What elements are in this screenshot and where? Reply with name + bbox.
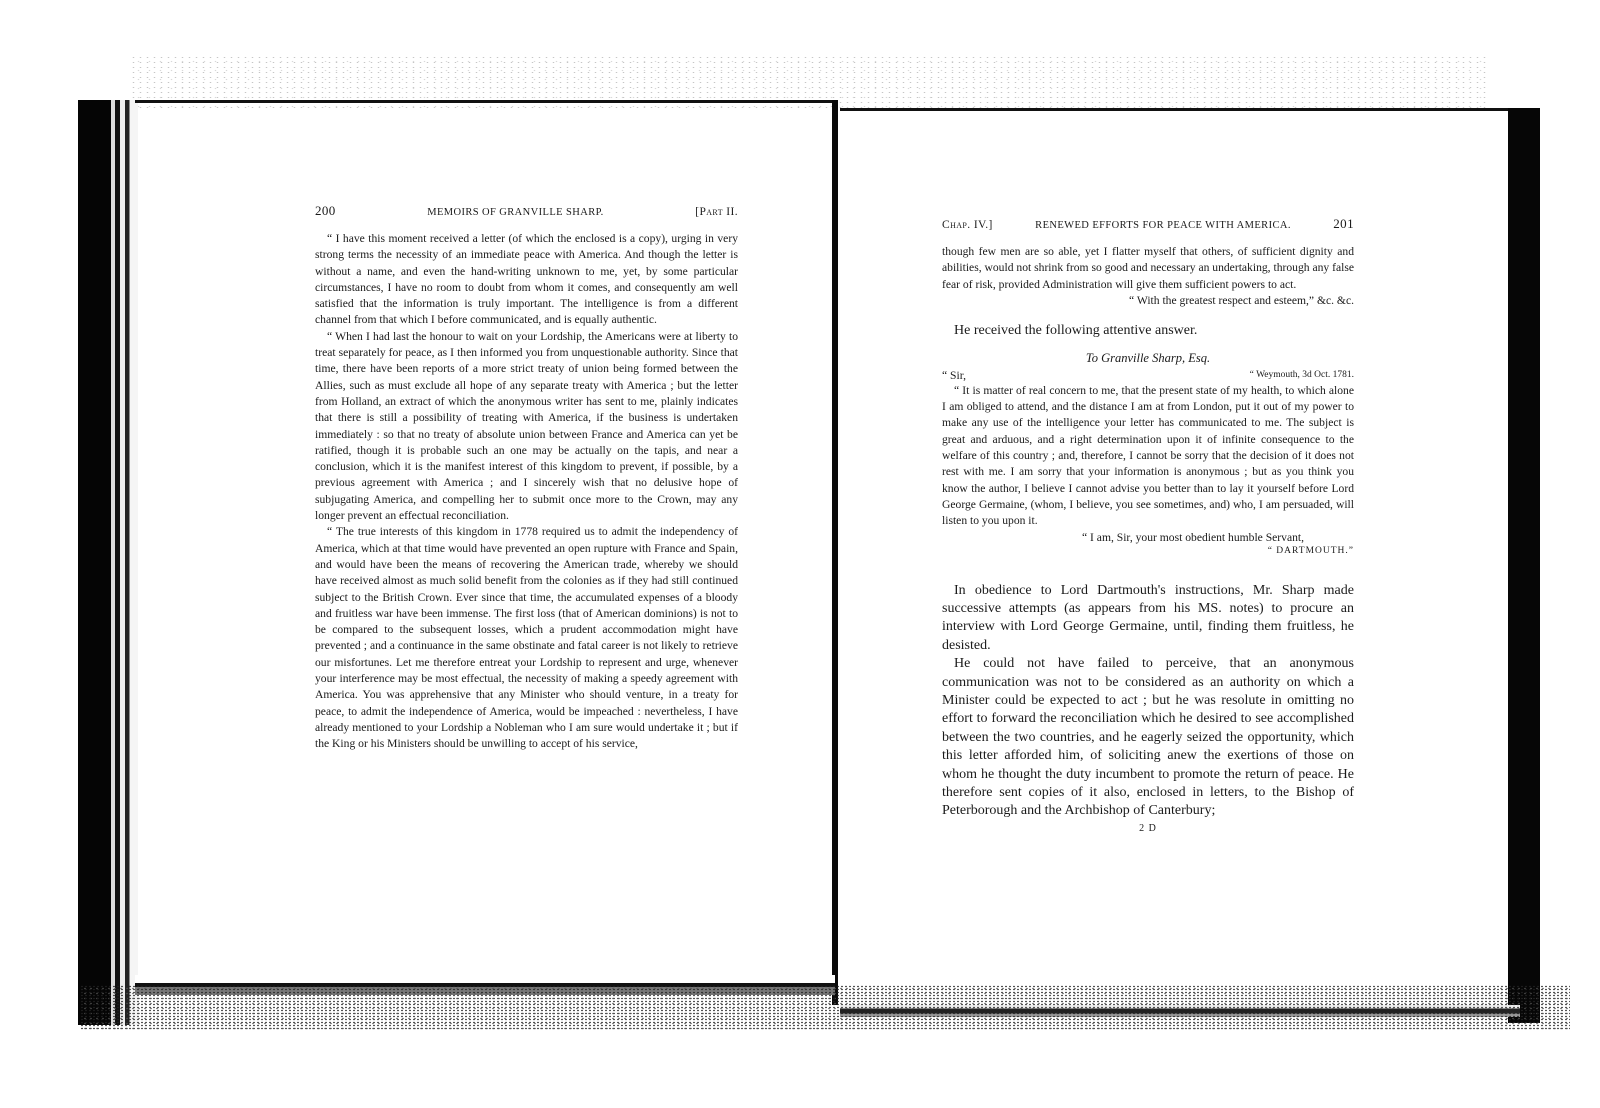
letter-signature: “ DARTMOUTH.” bbox=[942, 546, 1354, 556]
continuation-paragraph: though few men are so able, yet I flatte… bbox=[942, 244, 1354, 293]
letter-closing: “ I am, Sir, your most obedient humble S… bbox=[1082, 530, 1354, 546]
narrative-paragraph: He could not have failed to perceive, th… bbox=[942, 655, 1354, 821]
book-gutter bbox=[832, 100, 838, 1005]
right-running-head: Chap. IV.] RENEWED EFFORTS FOR PEACE WIT… bbox=[942, 216, 1354, 232]
left-page: 200 MEMOIRS OF GRANVILLE SHARP. [Part II… bbox=[315, 203, 738, 753]
paragraph: “ When I had last the honour to wait on … bbox=[315, 329, 738, 525]
letter-salutation: “ Sir, bbox=[942, 368, 966, 383]
narrative-paragraph: In obedience to Lord Dartmouth's instruc… bbox=[942, 582, 1354, 656]
running-title: MEMOIRS OF GRANVILLE SHARP. bbox=[427, 207, 604, 218]
right-page-top-edge bbox=[840, 108, 1520, 111]
intro-line: He received the following attentive answ… bbox=[954, 323, 1354, 339]
scan-noise-bottom bbox=[80, 985, 1570, 1030]
paragraph: “ The true interests of this kingdom in … bbox=[315, 524, 738, 752]
right-page: Chap. IV.] RENEWED EFFORTS FOR PEACE WIT… bbox=[942, 216, 1354, 834]
running-title: RENEWED EFFORTS FOR PEACE WITH AMERICA. bbox=[1035, 220, 1291, 231]
left-running-head: 200 MEMOIRS OF GRANVILLE SHARP. [Part II… bbox=[315, 203, 738, 219]
chapter-label: Chap. IV.] bbox=[942, 219, 993, 231]
continuation-closing: “ With the greatest respect and esteem,”… bbox=[942, 293, 1354, 309]
signature-mark: 2 D bbox=[942, 823, 1354, 834]
letter-salutation-row: “ Sir, “ Weymouth, 3d Oct. 1781. bbox=[942, 368, 1354, 383]
book-right-edge bbox=[1508, 108, 1540, 1023]
part-label: [Part II. bbox=[695, 206, 738, 218]
page-number: 200 bbox=[315, 203, 336, 219]
book-left-edge bbox=[78, 100, 138, 1025]
letter-dateline: “ Weymouth, 3d Oct. 1781. bbox=[1250, 368, 1354, 383]
paragraph: “ I have this moment received a letter (… bbox=[315, 231, 738, 329]
letter-addressee: To Granville Sharp, Esq. bbox=[942, 351, 1354, 366]
left-page-top-edge bbox=[135, 100, 835, 103]
letter-body: “ It is matter of real concern to me, th… bbox=[942, 383, 1354, 530]
page-number: 201 bbox=[1333, 216, 1354, 232]
